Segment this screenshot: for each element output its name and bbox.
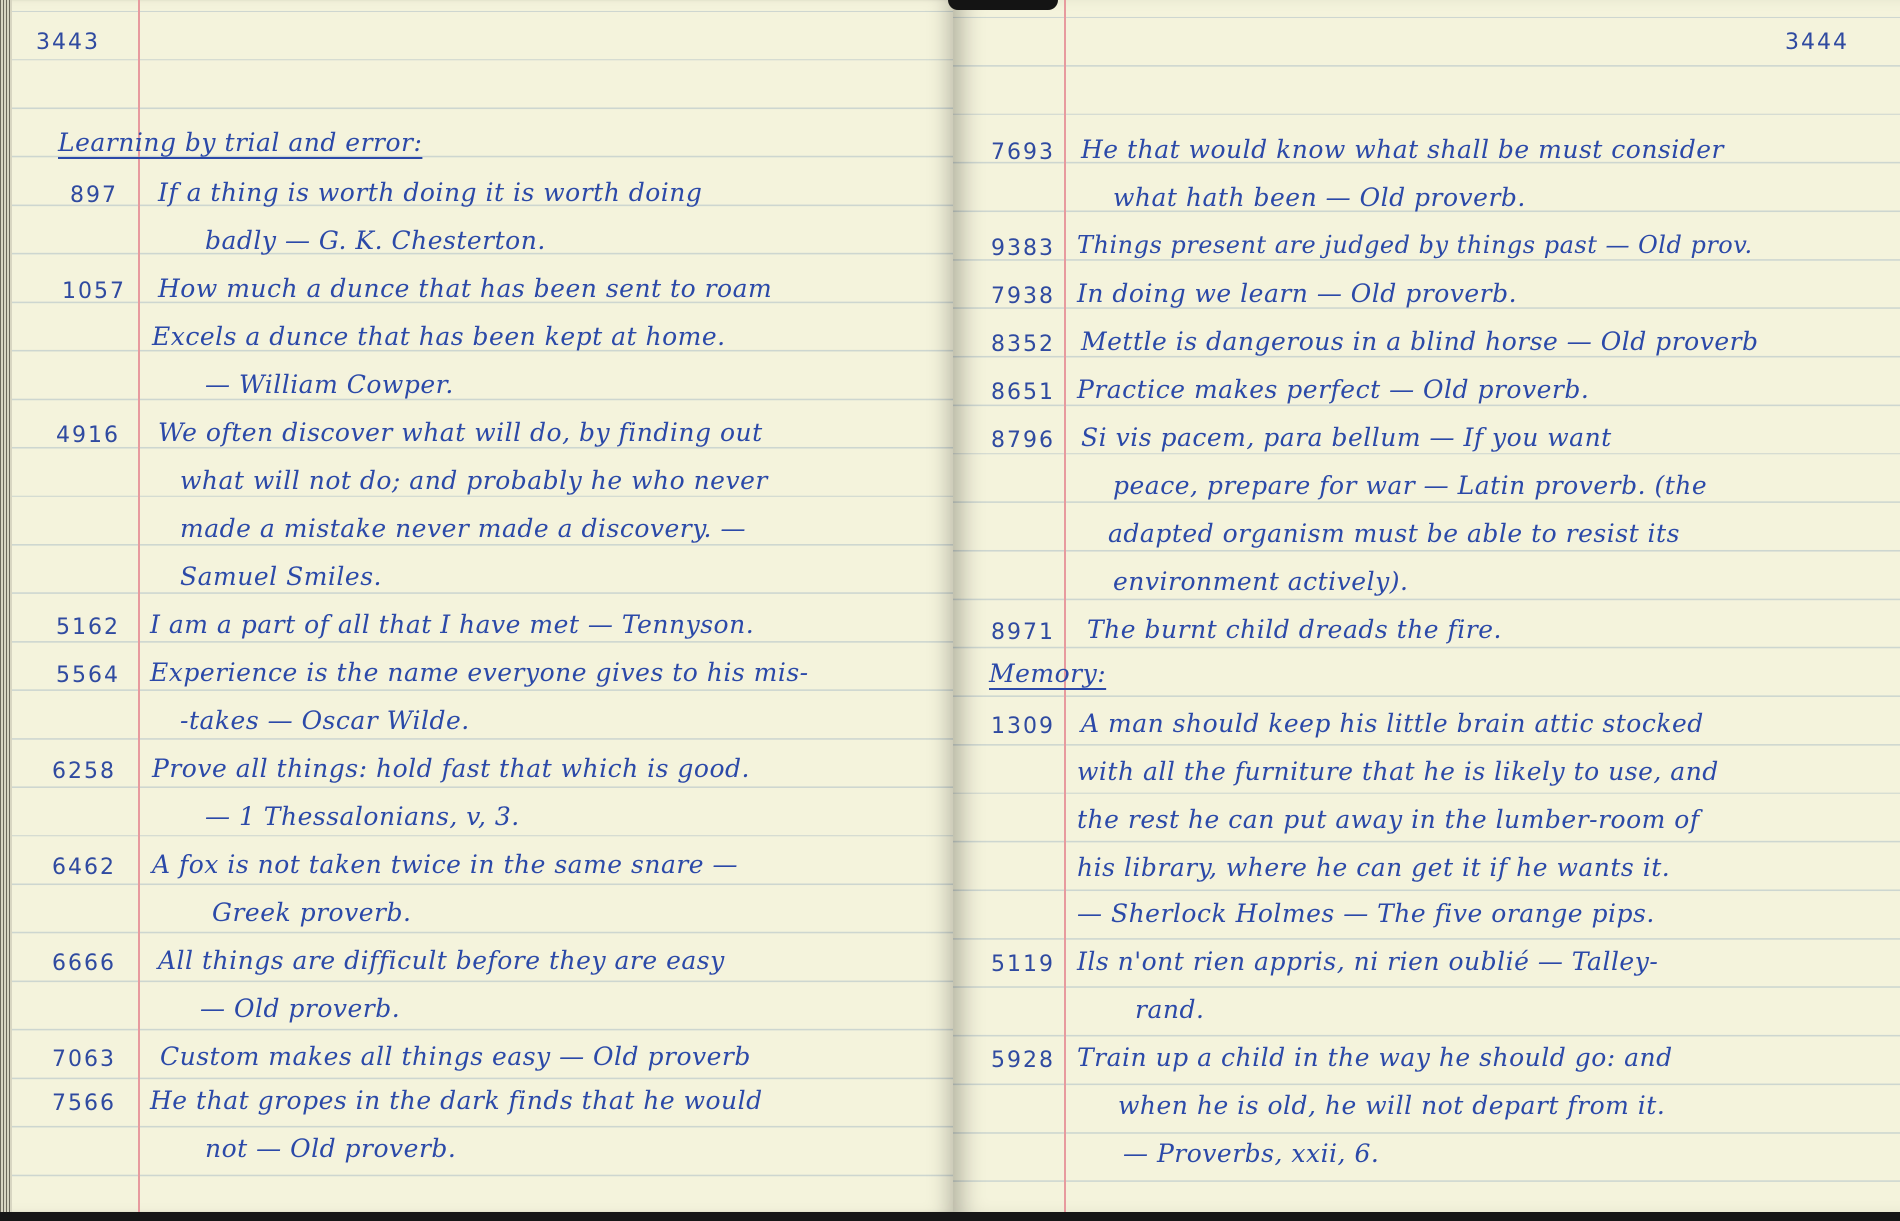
binding-gutter: [948, 0, 1058, 10]
page-edge-stack: [0, 0, 12, 1212]
entry-line: Si vis pacem, para bellum — If you want: [1081, 423, 1612, 452]
entry-number: 8971: [991, 620, 1055, 645]
entry-line: — Old proverb.: [200, 994, 400, 1023]
left-page: 3443 Learning by trial and error: 897 If…: [0, 0, 953, 1212]
entry-line: peace, prepare for war — Latin proverb. …: [1113, 471, 1707, 500]
entry-line: adapted organism must be able to resist …: [1108, 519, 1680, 548]
entry-line: In doing we learn — Old proverb.: [1077, 279, 1517, 308]
entry-line: Experience is the name everyone gives to…: [150, 658, 809, 687]
entry-line: — William Cowper.: [205, 370, 454, 399]
entry-number: 6258: [52, 759, 116, 784]
entry-line: his library, where he can get it if he w…: [1077, 853, 1670, 882]
page-number: 3444: [1785, 30, 1849, 55]
entry-number: 8352: [991, 332, 1055, 357]
entry-line: what will not do; and probably he who ne…: [180, 466, 768, 495]
entry-line: — 1 Thessalonians, v, 3.: [205, 802, 520, 831]
entry-line: Practice makes perfect — Old proverb.: [1077, 375, 1589, 404]
entry-line: We often discover what will do, by findi…: [158, 418, 763, 447]
entry-number: 897: [70, 183, 118, 208]
entry-line: All things are difficult before they are…: [158, 946, 725, 975]
entry-number: 6666: [52, 951, 116, 976]
entry-line: How much a dunce that has been sent to r…: [158, 274, 772, 303]
entry-line: Prove all things: hold fast that which i…: [152, 754, 750, 783]
entry-line: The burnt child dreads the fire.: [1087, 615, 1502, 644]
entry-line: Excels a dunce that has been kept at hom…: [152, 322, 726, 351]
entry-number: 5162: [56, 615, 120, 640]
entry-line: Ils n'ont rien appris, ni rien oublié — …: [1077, 947, 1658, 976]
entry-number: 6462: [52, 855, 116, 880]
entry-line: Greek proverb.: [212, 898, 411, 927]
page-number: 3443: [36, 30, 100, 55]
entry-line: not — Old proverb.: [205, 1134, 456, 1163]
entry-line: with all the furniture that he is likely…: [1077, 757, 1719, 786]
right-page: 3444 7693 He that would know what shall …: [953, 0, 1900, 1212]
entry-line: Custom makes all things easy — Old prove…: [160, 1042, 751, 1071]
entry-number: 8796: [991, 428, 1055, 453]
section-heading: Learning by trial and error:: [58, 128, 422, 157]
entry-line: He that gropes in the dark finds that he…: [150, 1086, 763, 1115]
entry-line: He that would know what shall be must co…: [1081, 135, 1724, 164]
entry-line: — Sherlock Holmes — The five orange pips…: [1077, 899, 1655, 928]
entry-line: rand.: [1135, 995, 1204, 1024]
margin-rule: [1064, 0, 1066, 1212]
entry-line: If a thing is worth doing it is worth do…: [158, 178, 702, 207]
entry-number: 1309: [991, 714, 1055, 739]
entry-number: 1057: [62, 279, 126, 304]
bottom-edge: [0, 1212, 1900, 1221]
entry-number: 7693: [991, 140, 1055, 165]
entry-line: when he is old, he will not depart from …: [1118, 1091, 1665, 1120]
entry-line: Train up a child in the way he should go…: [1077, 1043, 1673, 1072]
notebook-spread: 3443 Learning by trial and error: 897 If…: [0, 0, 1900, 1212]
entry-line: A man should keep his little brain attic…: [1081, 709, 1704, 738]
entry-number: 8651: [991, 380, 1055, 405]
margin-rule: [138, 0, 140, 1212]
entry-line: Things present are judged by things past…: [1077, 231, 1753, 259]
entry-line: environment actively).: [1113, 567, 1408, 596]
entry-number: 7938: [991, 284, 1055, 309]
entry-line: I am a part of all that I have met — Ten…: [150, 610, 754, 639]
entry-number: 7063: [52, 1047, 116, 1072]
entry-number: 9383: [991, 236, 1055, 261]
entry-line: what hath been — Old proverb.: [1113, 183, 1526, 212]
entry-line: Samuel Smiles.: [180, 562, 382, 591]
entry-number: 7566: [52, 1091, 116, 1116]
entry-line: -takes — Oscar Wilde.: [180, 706, 470, 735]
entry-line: Mettle is dangerous in a blind horse — O…: [1081, 327, 1759, 356]
entry-line: A fox is not taken twice in the same sna…: [152, 850, 738, 879]
entry-line: made a mistake never made a discovery. —: [180, 514, 746, 543]
entry-number: 5564: [56, 663, 120, 688]
entry-number: 5119: [991, 952, 1055, 977]
entry-line: the rest he can put away in the lumber-r…: [1077, 805, 1700, 834]
entry-line: badly — G. K. Chesterton.: [205, 226, 546, 255]
section-heading: Memory:: [989, 659, 1106, 688]
entry-number: 4916: [56, 423, 120, 448]
entry-number: 5928: [991, 1048, 1055, 1073]
entry-line: — Proverbs, xxii, 6.: [1123, 1139, 1379, 1168]
